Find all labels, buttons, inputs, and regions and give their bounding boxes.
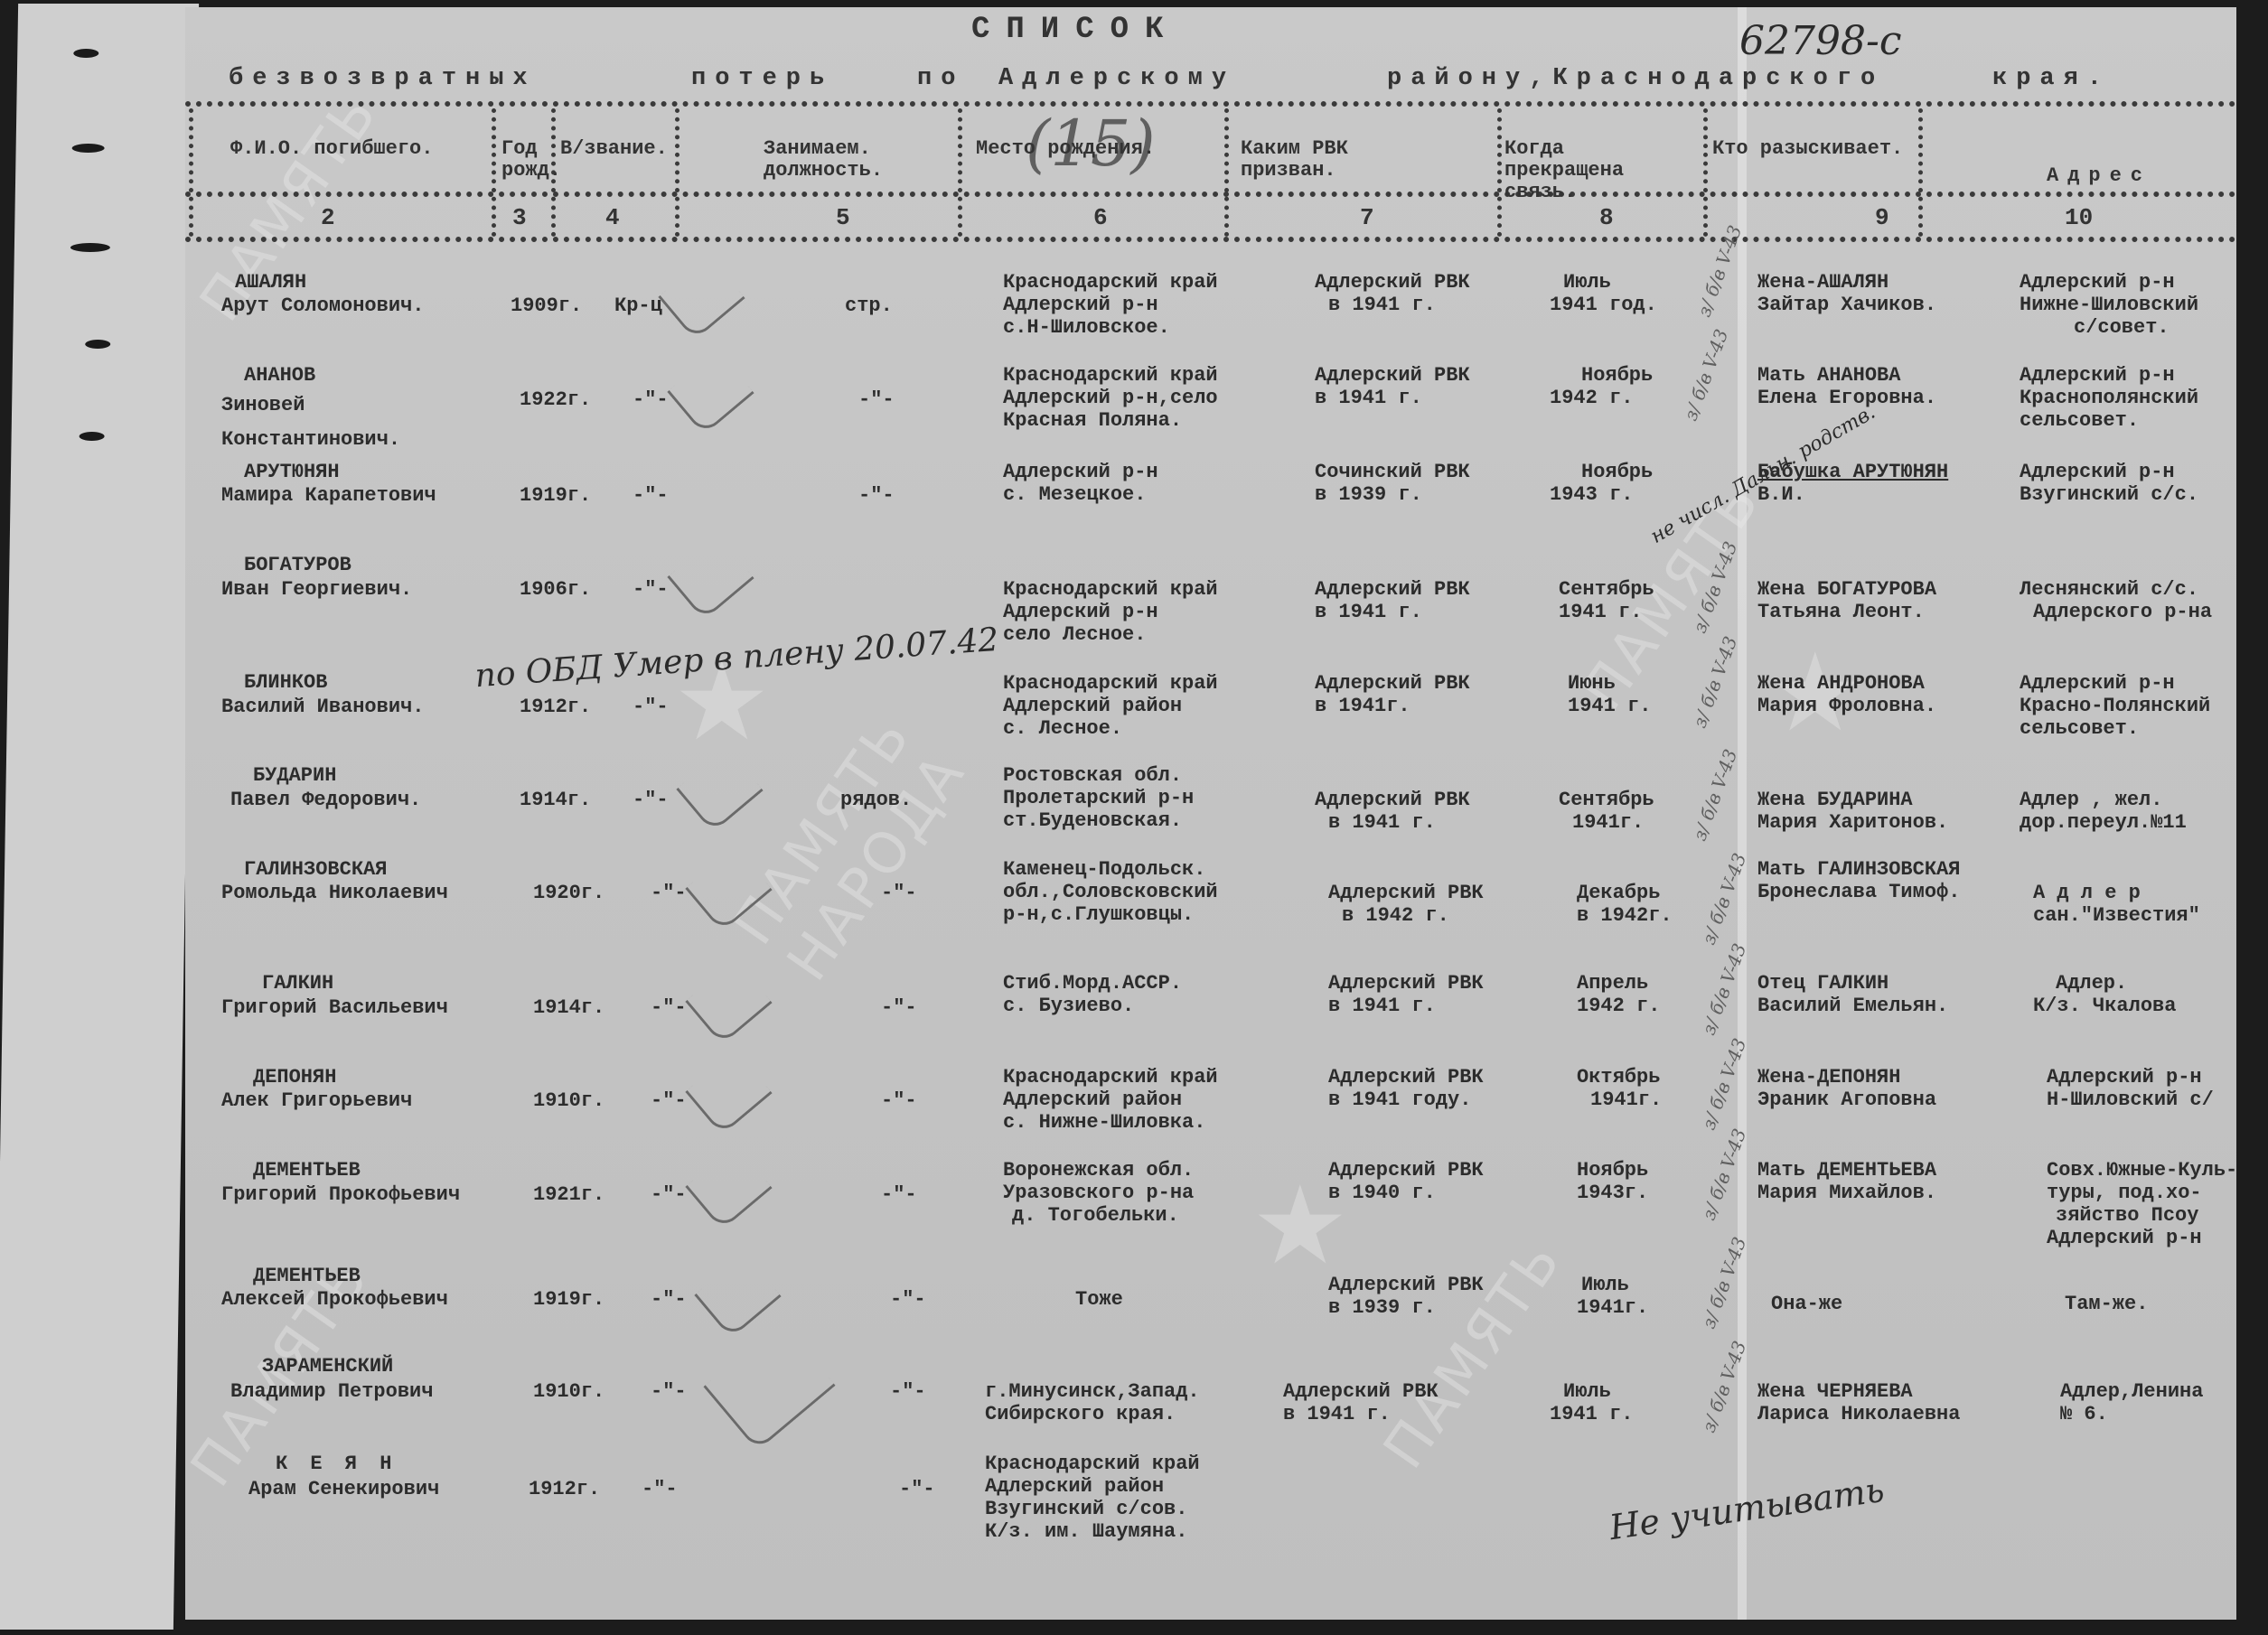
birthplace: ст.Буденовская. xyxy=(1003,809,1182,832)
full-name: Павел Федорович. xyxy=(230,789,421,811)
lost-contact: Июль xyxy=(1581,1274,1629,1296)
position: -"- xyxy=(899,1478,935,1500)
seeker: Мария Харитонов. xyxy=(1757,811,1948,834)
birth-year: 1909г. xyxy=(511,294,582,317)
rank: -"- xyxy=(633,388,669,411)
address: Адлерский р-н xyxy=(2020,461,2175,483)
surname: ДЕМЕНТЬЕВ xyxy=(253,1265,361,1287)
rvk: в 1941 г. xyxy=(1328,995,1436,1017)
birth-year: 1912г. xyxy=(520,696,591,718)
birthplace: Адлерский район xyxy=(985,1475,1164,1498)
rvk: Адлерский РВК xyxy=(1283,1380,1439,1403)
checkmark-icon xyxy=(703,1322,835,1452)
surname: ДЕМЕНТЬЕВ xyxy=(253,1159,361,1182)
seeker: Зайтар Хачиков. xyxy=(1757,294,1936,316)
document-sheet: ПАМЯТЬ ПАМЯТЬ НАРОДА ПАМЯТЬ ПАМЯТЬ ПАМЯТ… xyxy=(185,7,2236,1620)
address: Взугинский с/с. xyxy=(2020,483,2198,506)
rvk: Адлерский РВК xyxy=(1315,364,1470,387)
birth-year: 1906г. xyxy=(520,578,591,601)
birth-year: 1922г. xyxy=(520,388,591,411)
col-number: 2 xyxy=(321,204,335,231)
lost-contact: 1941г. xyxy=(1590,1088,1662,1111)
lost-contact: 1941 год. xyxy=(1550,294,1657,316)
col-number: 10 xyxy=(2065,204,2093,231)
birthplace: Каменец-Подольск. xyxy=(1003,858,1205,881)
address: сан."Известия" xyxy=(2033,904,2200,927)
birthplace: Краснодарский край xyxy=(1003,364,1218,387)
birth-year: 1914г. xyxy=(520,789,591,811)
surname: ГАЛКИН xyxy=(262,972,333,995)
address: Адлерский р-н xyxy=(2020,364,2175,387)
birthplace: Адлерский р-н xyxy=(1003,601,1158,623)
address: сельсовет. xyxy=(2020,409,2139,432)
margin-note: з/ б/в V-43 xyxy=(1689,746,1742,844)
lost-contact: Ноябрь xyxy=(1581,364,1653,387)
position: -"- xyxy=(858,484,895,507)
seeker: В.И. xyxy=(1757,483,1805,506)
address: А д л е р xyxy=(2033,882,2141,904)
position: -"- xyxy=(881,1183,917,1206)
rvk: в 1941 г. xyxy=(1315,601,1422,623)
rvk: Адлерский РВК xyxy=(1315,578,1470,601)
seeker: Мать АНАНОВА xyxy=(1757,364,1900,387)
seeker: Она-же xyxy=(1771,1293,1842,1315)
col-number: 4 xyxy=(605,204,620,231)
surname: ГАЛИНЗОВСКАЯ xyxy=(244,858,387,881)
surname: ДЕПОНЯН xyxy=(253,1066,336,1088)
col-header-lost: Когда прекращена связь. xyxy=(1504,138,1694,203)
rule-dotted xyxy=(185,237,2236,242)
address: сельсовет. xyxy=(2020,717,2139,740)
seeker: Жена ЧЕРНЯЕВА xyxy=(1757,1380,1913,1403)
address: № 6. xyxy=(2060,1403,2108,1425)
address: Н-Шиловский с/ xyxy=(2047,1088,2214,1111)
subtitle-3: по xyxy=(917,65,964,92)
rvk: в 1939 г. xyxy=(1315,483,1422,506)
col-header-year: Год рожд. xyxy=(501,138,551,182)
rvk: в 1941 г. xyxy=(1283,1403,1391,1425)
full-name: Ромольда Николаевич xyxy=(221,882,448,904)
full-name: Зиновей Константинович. xyxy=(221,388,492,457)
column-divider xyxy=(1918,108,1923,237)
birthplace: с. Бузиево. xyxy=(1003,995,1134,1017)
position: -"- xyxy=(881,996,917,1019)
rvk: в 1941 г. xyxy=(1328,811,1436,834)
rank: -"- xyxy=(633,696,669,718)
rvk: Адлерский РВК xyxy=(1315,672,1470,695)
rule-dotted xyxy=(185,101,2236,107)
birthplace: Адлерский р-н xyxy=(1003,461,1158,483)
checkmark-icon xyxy=(658,255,745,341)
rvk: в 1940 г. xyxy=(1328,1182,1436,1204)
address: Адлер. xyxy=(2056,972,2127,995)
birth-year: 1910г. xyxy=(533,1089,604,1112)
address: Красно-Полянский xyxy=(2020,695,2210,717)
col-number: 8 xyxy=(1599,204,1614,231)
col-number: 3 xyxy=(512,204,527,231)
birthplace: Стиб.Морд.АССР. xyxy=(1003,972,1182,995)
punch-hole xyxy=(70,243,110,252)
rvk: Адлерский РВК xyxy=(1328,972,1484,995)
checkmark-icon xyxy=(685,959,772,1045)
watermark: ПАМЯТЬ xyxy=(1374,1230,1570,1477)
rank: -"- xyxy=(651,996,687,1019)
seeker: Жена БОГАТУРОВА xyxy=(1757,578,1936,601)
column-divider xyxy=(1497,108,1502,237)
column-divider xyxy=(675,108,679,237)
rank: -"- xyxy=(651,1380,687,1403)
col-header-address: Адрес xyxy=(2047,165,2151,187)
lost-contact: Ноябрь xyxy=(1581,461,1653,483)
lost-contact: 1943г. xyxy=(1577,1182,1648,1204)
address: зяйство Псоу xyxy=(2056,1204,2198,1227)
address: Леснянский с/с. xyxy=(2020,578,2198,601)
paper-fold xyxy=(1738,7,1747,1620)
birthplace: Адлерский район xyxy=(1003,695,1182,717)
rvk: в 1941 г. xyxy=(1315,387,1422,409)
birthplace: д. Тогобельки. xyxy=(1012,1204,1179,1227)
lost-contact: 1941 г. xyxy=(1559,601,1642,623)
birthplace: Тоже xyxy=(1075,1288,1123,1311)
col-number: 7 xyxy=(1360,204,1374,231)
birth-year: 1912г. xyxy=(529,1478,600,1500)
lost-contact: 1942 г. xyxy=(1577,995,1660,1017)
surname: АШАЛЯН xyxy=(235,271,306,294)
birth-year: 1920г. xyxy=(533,882,604,904)
birthplace: Краснодарский край xyxy=(1003,578,1218,601)
lost-contact: Июль xyxy=(1563,271,1611,294)
subtitle-4: Адлерскому xyxy=(998,65,1235,92)
surname: БОГАТУРОВ xyxy=(244,554,351,576)
surname: АНАНОВ xyxy=(244,364,315,387)
checkmark-icon xyxy=(694,1253,781,1339)
col-header-position: Занимаем. должность. xyxy=(764,138,944,182)
birthplace: Адлерский р-н xyxy=(1003,294,1158,316)
rank: -"- xyxy=(651,1183,687,1206)
rank: -"- xyxy=(651,1288,687,1311)
address: Краснополянский xyxy=(2020,387,2198,409)
birth-year: 1919г. xyxy=(520,484,591,507)
column-divider xyxy=(492,108,496,237)
punch-hole xyxy=(80,432,105,441)
birthplace: Адлерский район xyxy=(1003,1088,1182,1111)
punch-hole xyxy=(85,340,110,349)
seeker: Мать ДЕМЕНТЬЕВА xyxy=(1757,1159,1936,1182)
subtitle-2: потерь xyxy=(691,65,833,92)
rvk: в 1939 г. xyxy=(1328,1296,1436,1319)
subtitle-6: края. xyxy=(1992,65,2111,92)
address: с/совет. xyxy=(2074,316,2170,339)
full-name: Григорий Васильевич xyxy=(221,996,448,1019)
seeker: Бронеслава Тимоф. xyxy=(1757,881,1960,903)
lost-contact: Декабрь xyxy=(1577,882,1660,904)
birth-year: 1921г. xyxy=(533,1183,604,1206)
rvk: Адлерский РВК xyxy=(1315,271,1470,294)
archive-number: 62798-с xyxy=(1739,18,1901,64)
seeker: Мария Михайлов. xyxy=(1757,1182,1936,1204)
subtitle-5: району,Краснодарского xyxy=(1387,65,1884,92)
col-number: 5 xyxy=(836,204,850,231)
lost-contact: 1943 г. xyxy=(1550,483,1633,506)
document-title: СПИСОК xyxy=(971,13,1179,47)
lost-contact: Ноябрь xyxy=(1577,1159,1648,1182)
full-name: Мамира Карапетович xyxy=(221,484,436,507)
address: Там-же. xyxy=(2065,1293,2148,1315)
surname: БУДАРИН xyxy=(253,764,336,787)
birthplace: Взугинский с/сов. xyxy=(985,1498,1187,1520)
seeker: Жена АНДРОНОВА xyxy=(1757,672,1925,695)
seeker: Лариса Николаевна xyxy=(1757,1403,1960,1425)
col-header-name: Ф.И.О. погибшего. xyxy=(230,138,433,160)
seeker: Бабушка АРУТЮНЯН xyxy=(1757,461,1948,483)
rvk: Адлерский РВК xyxy=(1328,1159,1484,1182)
seeker: Елена Егоровна. xyxy=(1757,387,1936,409)
address: туры, под.хо- xyxy=(2047,1182,2202,1204)
seeker: Мария Фроловна. xyxy=(1757,695,1936,717)
col-header-rank: В/звание. xyxy=(560,138,668,160)
birth-year: 1914г. xyxy=(533,996,604,1019)
birthplace: К/з. им. Шаумяна. xyxy=(985,1520,1187,1543)
lost-contact: Апрель xyxy=(1577,972,1648,995)
rvk: в 1941г. xyxy=(1315,695,1410,717)
birthplace: с. Мезецкое. xyxy=(1003,483,1146,506)
address: Нижне-Шиловский xyxy=(2020,294,2198,316)
rvk: Адлерский РВК xyxy=(1315,789,1470,811)
rvk: в 1941 г. xyxy=(1328,294,1436,316)
position: -"- xyxy=(881,882,917,904)
rank: Кр-ц xyxy=(614,294,662,317)
birthplace: с. Нижне-Шиловка. xyxy=(1003,1111,1205,1134)
margin-note: з/ б/в V-43 xyxy=(1689,633,1742,731)
rank: -"- xyxy=(633,484,669,507)
seeker: Жена-ДЕПОНЯН xyxy=(1757,1066,1900,1088)
col-header-seeker: Кто разыскивает. xyxy=(1712,138,1903,160)
seeker: Мать ГАЛИНЗОВСКАЯ xyxy=(1757,858,1960,881)
col-header-birthplace: Место рождения. xyxy=(976,138,1155,160)
column-divider xyxy=(189,108,193,237)
lost-contact: в 1942г. xyxy=(1577,904,1673,927)
checkmark-icon xyxy=(685,1144,772,1230)
address: Адлер,Ленина xyxy=(2060,1380,2203,1403)
lost-contact: Сентябрь xyxy=(1559,578,1654,601)
full-name: Арам Сенекирович xyxy=(248,1478,439,1500)
rank: -"- xyxy=(633,789,669,811)
rank: -"- xyxy=(642,1478,678,1500)
surname: АРУТЮНЯН xyxy=(244,461,340,483)
rvk: Адлерский РВК xyxy=(1328,882,1484,904)
lost-contact: 1941г. xyxy=(1572,811,1644,834)
birthplace: Краснодарский край xyxy=(1003,271,1218,294)
checkmark-icon xyxy=(685,1050,772,1135)
surname: БЛИНКОВ xyxy=(244,671,327,694)
address: К/з. Чкалова xyxy=(2033,995,2176,1017)
punch-hole xyxy=(72,144,105,153)
lost-contact: 1942 г. xyxy=(1550,387,1633,409)
lost-contact: Сентябрь xyxy=(1559,789,1654,811)
birthplace: Краснодарский край xyxy=(985,1453,1200,1475)
lost-contact: 1941 г. xyxy=(1568,695,1651,717)
address: Адлерский р-н xyxy=(2020,271,2175,294)
address: Адлер , жел. xyxy=(2020,789,2162,811)
address: Адлерский р-н xyxy=(2047,1227,2202,1249)
seeker: Татьяна Леонт. xyxy=(1757,601,1925,623)
address: Адлерского р-на xyxy=(2033,601,2212,623)
position: -"- xyxy=(890,1288,926,1311)
position: стр. xyxy=(845,294,893,317)
position: -"- xyxy=(858,388,895,411)
birthplace: Красная Поляна. xyxy=(1003,409,1182,432)
birthplace: Ростовская обл. xyxy=(1003,764,1182,787)
punch-hole xyxy=(73,49,98,58)
rvk: Адлерский РВК xyxy=(1328,1274,1484,1296)
seeker: Отец ГАЛКИН xyxy=(1757,972,1888,995)
birthplace: г.Минусинск,Запад. xyxy=(985,1380,1200,1403)
rvk: Сочинский РВК xyxy=(1315,461,1470,483)
rank: -"- xyxy=(651,1089,687,1112)
seeker: Василий Емельян. xyxy=(1757,995,1948,1017)
margin-note: з/ б/в V-43 xyxy=(1680,326,1733,424)
birthplace: Сибирского края. xyxy=(985,1403,1176,1425)
column-divider xyxy=(1703,108,1708,237)
rvk: в 1941 году. xyxy=(1328,1088,1471,1111)
rvk: в 1942 г. xyxy=(1342,904,1449,927)
full-name: Алексей Прокофьевич xyxy=(221,1288,448,1311)
lost-contact: Июнь xyxy=(1568,672,1616,695)
address: Совх.Южные-Куль- xyxy=(2047,1159,2236,1182)
birth-year: 1910г. xyxy=(533,1380,604,1403)
position: -"- xyxy=(881,1089,917,1112)
column-divider xyxy=(958,108,962,237)
birthplace: село Лесное. xyxy=(1003,623,1146,646)
birth-year: 1919г. xyxy=(533,1288,604,1311)
seeker: Жена БУДАРИНА xyxy=(1757,789,1913,811)
surname: К Е Я Н xyxy=(276,1453,397,1475)
rank: -"- xyxy=(651,882,687,904)
lost-contact: 1941 г. xyxy=(1550,1403,1633,1425)
address: дор.переул.№11 xyxy=(2020,811,2187,834)
full-name: Владимир Петрович xyxy=(230,1380,433,1403)
seeker: Жена-АШАЛЯН xyxy=(1757,271,1888,294)
full-name: Иван Георгиевич. xyxy=(221,578,412,601)
birthplace: с. Лесное. xyxy=(1003,717,1122,740)
rvk: Адлерский РВК xyxy=(1328,1066,1484,1088)
birthplace: Воронежская обл. xyxy=(1003,1159,1194,1182)
full-name: Алек Григорьевич xyxy=(221,1089,412,1112)
position: рядов. xyxy=(840,789,912,811)
address: Адлерский р-н xyxy=(2020,672,2175,695)
birthplace: Адлерский р-н,село xyxy=(1003,387,1218,409)
subtitle-1: безвозвратных xyxy=(229,65,537,92)
full-name: Василий Иванович. xyxy=(221,696,424,718)
full-name: Григорий Прокофьевич xyxy=(221,1183,460,1206)
birthplace: р-н,с.Глушковцы. xyxy=(1003,903,1194,926)
birthplace: Уразовского р-на xyxy=(1003,1182,1194,1204)
position: -"- xyxy=(890,1380,926,1403)
col-header-rvk: Каким РВК призван. xyxy=(1241,138,1376,182)
birthplace: обл.,Соловсковский xyxy=(1003,881,1218,903)
birthplace: Краснодарский край xyxy=(1003,1066,1218,1088)
column-divider xyxy=(1224,108,1229,237)
col-number: 6 xyxy=(1093,204,1108,231)
seeker: Эраник Агоповна xyxy=(1757,1088,1936,1111)
birthplace: Пролетарский р-н xyxy=(1003,787,1194,809)
rank: -"- xyxy=(633,578,669,601)
binding-strip xyxy=(0,4,199,1630)
birthplace: с.Н-Шиловское. xyxy=(1003,316,1170,339)
col-number: 9 xyxy=(1875,204,1889,231)
lost-contact: Июль xyxy=(1563,1380,1611,1403)
surname: ЗАРАМЕНСКИЙ xyxy=(262,1355,393,1378)
handwritten-annotation: Не учитывать xyxy=(1607,1470,1886,1547)
birthplace: Краснодарский край xyxy=(1003,672,1218,695)
address: Адлерский р-н xyxy=(2047,1066,2202,1088)
checkmark-icon xyxy=(667,535,754,621)
lost-contact: 1941г. xyxy=(1577,1296,1648,1319)
full-name: Арут Соломонович. xyxy=(221,294,424,317)
lost-contact: Октябрь xyxy=(1577,1066,1660,1088)
checkmark-icon xyxy=(667,350,754,435)
